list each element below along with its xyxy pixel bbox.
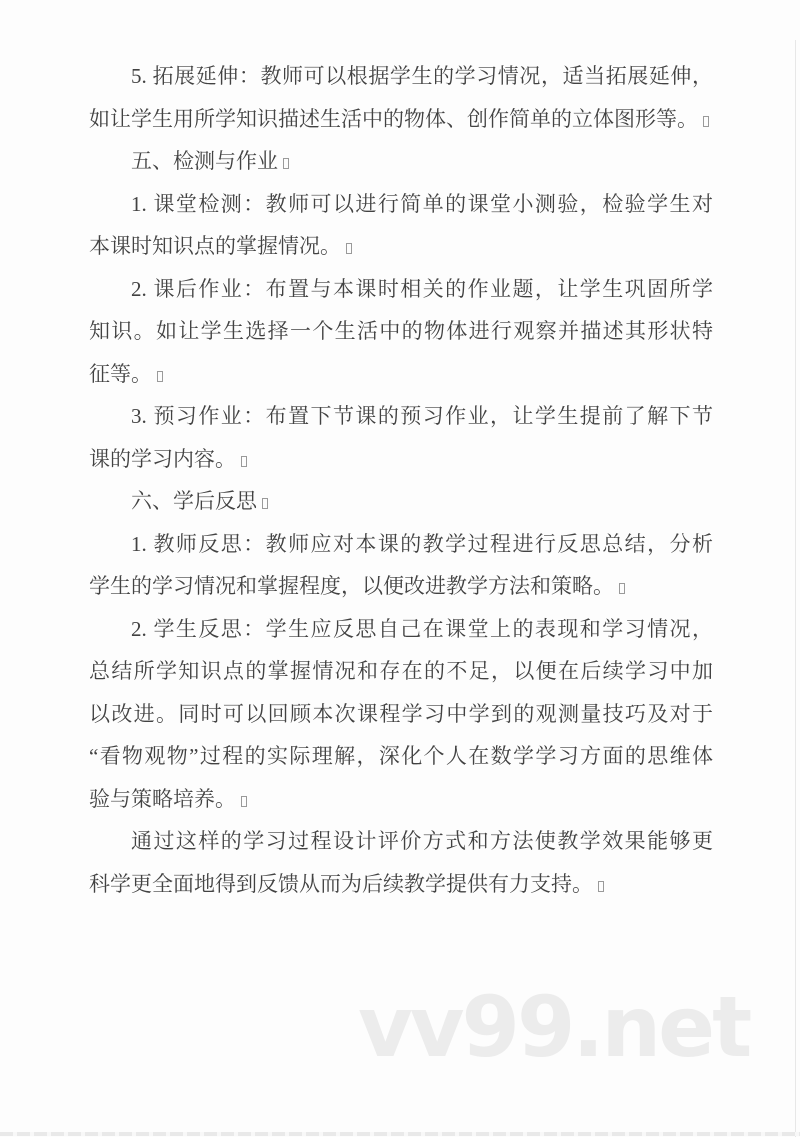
- document-page: 5. 拓展延伸：教师可以根据学生的学习情况，适当拓展延伸，如让学生用所学知识描述…: [0, 0, 800, 1137]
- paragraph: 通过这样的学习过程设计评价方式和方法使教学效果能够更科学更全面地得到反馈从而为后…: [89, 820, 713, 905]
- text-line: 以改进。同时可以回顾本次课程学习中学到的观测量技巧及对于: [89, 693, 713, 736]
- text-line: 六、学后反思: [89, 480, 713, 523]
- text-line: 3. 预习作业：布置下节课的预习作业，让学生提前了解下节: [89, 395, 713, 438]
- line-text: 六、学后反思: [131, 489, 257, 513]
- paragraph-mark-icon: [157, 371, 163, 382]
- paragraph-mark-icon: [598, 881, 604, 892]
- paragraph-mark-icon: [262, 498, 268, 509]
- text-line: 五、检测与作业: [89, 140, 713, 183]
- page-right-edge: [795, 40, 796, 1137]
- paragraph: 2. 学生反思：学生应反思自己在课堂上的表现和学习情况，总结所学知识点的掌握情况…: [89, 608, 713, 821]
- paragraph-mark-icon: [283, 158, 289, 169]
- line-text: 科学更全面地得到反馈从而为后续教学提供有力支持。: [89, 872, 593, 896]
- text-line: 1. 教师反思：教师应对本课的教学过程进行反思总结，分析: [89, 523, 713, 566]
- paragraph: 2. 课后作业：布置与本课时相关的作业题，让学生巩固所学知识。如让学生选择一个生…: [89, 268, 713, 396]
- text-line: 2. 学生反思：学生应反思自己在课堂上的表现和学习情况，: [89, 608, 713, 651]
- line-text: 通过这样的学习过程设计评价方式和方法使教学效果能够更: [131, 829, 713, 853]
- line-text: 验与策略培养。: [89, 787, 236, 811]
- line-text: 知识。如让学生选择一个生活中的物体进行观察并描述其形状特: [89, 319, 713, 343]
- line-text: 5. 拓展延伸：教师可以根据学生的学习情况，适当拓展延伸，: [131, 64, 713, 88]
- text-line: 科学更全面地得到反馈从而为后续教学提供有力支持。: [89, 863, 713, 906]
- line-text: 本课时知识点的掌握情况。: [89, 234, 341, 258]
- text-line: 验与策略培养。: [89, 778, 713, 821]
- text-line: 总结所学知识点的掌握情况和存在的不足，以便在后续学习中加: [89, 650, 713, 693]
- paragraph: 1. 课堂检测：教师可以进行简单的课堂小测验，检验学生对本课时知识点的掌握情况。: [89, 183, 713, 268]
- text-line: 1. 课堂检测：教师可以进行简单的课堂小测验，检验学生对: [89, 183, 713, 226]
- line-text: 1. 课堂检测：教师可以进行简单的课堂小测验，检验学生对: [131, 192, 713, 216]
- text-line: 2. 课后作业：布置与本课时相关的作业题，让学生巩固所学: [89, 268, 713, 311]
- paragraph-mark-icon: [619, 583, 625, 594]
- text-line: 知识。如让学生选择一个生活中的物体进行观察并描述其形状特: [89, 310, 713, 353]
- paragraph: 5. 拓展延伸：教师可以根据学生的学习情况，适当拓展延伸，如让学生用所学知识描述…: [89, 55, 713, 140]
- line-text: 2. 学生反思：学生应反思自己在课堂上的表现和学习情况，: [131, 617, 713, 641]
- paragraph-mark-icon: [241, 456, 247, 467]
- paragraph-mark-icon: [703, 116, 709, 127]
- paragraph: 3. 预习作业：布置下节课的预习作业，让学生提前了解下节课的学习内容。: [89, 395, 713, 480]
- text-line: 本课时知识点的掌握情况。: [89, 225, 713, 268]
- text-line: 学生的学习情况和掌握程度，以便改进教学方法和策略。: [89, 565, 713, 608]
- line-text: 课的学习内容。: [89, 447, 236, 471]
- text-line: 如让学生用所学知识描述生活中的物体、创作简单的立体图形等。: [89, 98, 713, 141]
- document-text: 5. 拓展延伸：教师可以根据学生的学习情况，适当拓展延伸，如让学生用所学知识描述…: [89, 55, 713, 905]
- text-line: 课的学习内容。: [89, 438, 713, 481]
- line-text: 1. 教师反思：教师应对本课的教学过程进行反思总结，分析: [131, 532, 713, 556]
- line-text: 2. 课后作业：布置与本课时相关的作业题，让学生巩固所学: [131, 277, 713, 301]
- paragraph-mark-icon: [346, 243, 352, 254]
- line-text: “看物观物”过程的实际理解，深化个人在数学学习方面的思维体: [89, 744, 713, 768]
- text-line: 通过这样的学习过程设计评价方式和方法使教学效果能够更: [89, 820, 713, 863]
- page-bottom-divider: [0, 1132, 800, 1136]
- line-text: 征等。: [89, 362, 152, 386]
- paragraph-mark-icon: [241, 796, 247, 807]
- line-text: 总结所学知识点的掌握情况和存在的不足，以便在后续学习中加: [89, 659, 713, 683]
- line-text: 五、检测与作业: [131, 149, 278, 173]
- paragraph: 五、检测与作业: [89, 140, 713, 183]
- text-line: “看物观物”过程的实际理解，深化个人在数学学习方面的思维体: [89, 735, 713, 778]
- line-text: 学生的学习情况和掌握程度，以便改进教学方法和策略。: [89, 574, 614, 598]
- paragraph: 1. 教师反思：教师应对本课的教学过程进行反思总结，分析学生的学习情况和掌握程度…: [89, 523, 713, 608]
- line-text: 以改进。同时可以回顾本次课程学习中学到的观测量技巧及对于: [89, 702, 713, 726]
- text-line: 征等。: [89, 353, 713, 396]
- paragraph: 六、学后反思: [89, 480, 713, 523]
- text-line: 5. 拓展延伸：教师可以根据学生的学习情况，适当拓展延伸，: [89, 55, 713, 98]
- line-text: 如让学生用所学知识描述生活中的物体、创作简单的立体图形等。: [89, 107, 698, 131]
- watermark: vv99.net: [358, 985, 749, 1069]
- line-text: 3. 预习作业：布置下节课的预习作业，让学生提前了解下节: [131, 404, 713, 428]
